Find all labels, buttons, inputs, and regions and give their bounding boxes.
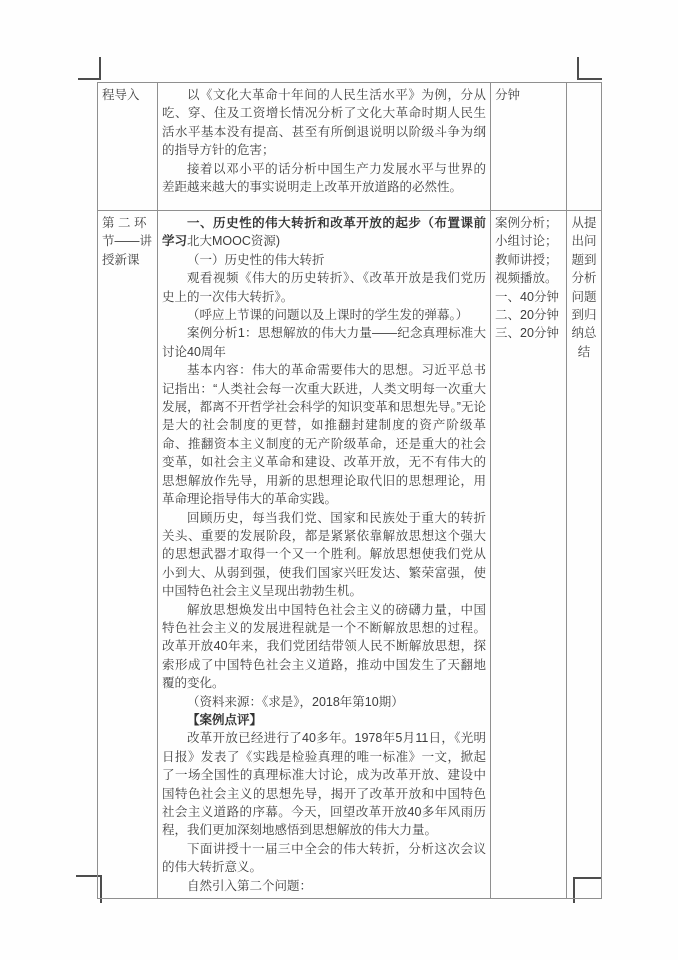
crop-mark-top-right bbox=[577, 57, 602, 80]
paragraph-text: 改革开放已经进行了40多年。1978年5月11日，《光明日报》发表了《实践是检验… bbox=[162, 731, 486, 837]
content-paragraphs: 一、历史性的伟大转折和改革开放的起步（布置课前学习北大MOOC资源)（一）历史性… bbox=[162, 214, 486, 895]
paragraph: 回顾历史，每当我们党、国家和民族处于重大的转折关头、重要的发展阶段，都是紧紧依靠… bbox=[162, 509, 486, 601]
paragraph-text: （资料来源：《求是》，2018年第10期） bbox=[187, 695, 404, 709]
paragraph-text: 自然引入第二个问题： bbox=[187, 879, 312, 893]
table-row-new-lesson: 第 二 环 节——讲 授新课 一、历史性的伟大转折和改革开放的起步（布置课前学习… bbox=[98, 211, 602, 899]
paragraph: （呼应上节课的问题以及上课时的学生发的弹幕。） bbox=[162, 306, 486, 324]
table-row-lead-in: 程导入 以《文化大革命十年间的人民生活水平》为例，分从吃、穿、住及工资增长情况分… bbox=[98, 83, 602, 211]
paragraph: 接着以邓小平的话分析中国生产力发展水平与世界的差距越来越大的事实说明走上改革开放… bbox=[162, 160, 486, 197]
paragraph-text: 案例分析1：思想解放的伟大力量——纪念真理标准大讨论40周年 bbox=[162, 326, 486, 358]
logic-cell: 从提出问题到分析问题到归纳总结 bbox=[567, 211, 602, 899]
stage-cell: 第 二 环 节——讲 授新课 bbox=[98, 211, 158, 899]
paragraph-text: 基本内容：伟大的革命需要伟大的思想。习近平总书记指出：“人类社会每一次重大跃进，… bbox=[162, 363, 486, 506]
paragraph-text: 以《文化大革命十年间的人民生活水平》为例，分从吃、穿、住及工资增长情况分析了文化… bbox=[162, 88, 486, 157]
paragraph-text: 北大MOOC资源) bbox=[187, 234, 280, 248]
logic-cell bbox=[567, 83, 602, 211]
paragraph-bold-text: 【案例点评】 bbox=[187, 713, 262, 727]
content-paragraphs: 以《文化大革命十年间的人民生活水平》为例，分从吃、穿、住及工资增长情况分析了文化… bbox=[162, 86, 486, 196]
paragraph: （资料来源：《求是》，2018年第10期） bbox=[162, 693, 486, 711]
paragraph-text: 观看视频《伟大的历史转折》、《改革开放是我们党历史上的一次伟大转折》。 bbox=[162, 271, 486, 303]
paragraph: 【案例点评】 bbox=[162, 711, 486, 729]
methods-time-cell: 案例分析； 小组讨论； 教师讲授； 视频播放。 一、40分钟 二、20分钟 三、… bbox=[491, 211, 567, 899]
crop-mark-top-left bbox=[78, 57, 101, 80]
paragraph: 改革开放已经进行了40多年。1978年5月11日，《光明日报》发表了《实践是检验… bbox=[162, 729, 486, 839]
paragraph-text: 解放思想焕发出中国特色社会主义的磅礴力量，中国特色社会主义的发展进程就是一个不断… bbox=[162, 603, 486, 691]
paragraph: 一、历史性的伟大转折和改革开放的起步（布置课前学习北大MOOC资源) bbox=[162, 214, 486, 251]
paragraph-text: （呼应上节课的问题以及上课时的学生发的弹幕。） bbox=[187, 308, 468, 322]
paragraph: 下面讲授十一届三中全会的伟大转折，分析这次会议的伟大转折意义。 bbox=[162, 840, 486, 877]
paragraph: 以《文化大革命十年间的人民生活水平》为例，分从吃、穿、住及工资增长情况分析了文化… bbox=[162, 86, 486, 160]
paragraph-text: 下面讲授十一届三中全会的伟大转折，分析这次会议的伟大转折意义。 bbox=[162, 842, 486, 874]
methods-time-cell: 分钟 bbox=[491, 83, 567, 211]
paragraph: 自然引入第二个问题： bbox=[162, 877, 486, 895]
paragraph-text: 回顾历史，每当我们党、国家和民族处于重大的转折关头、重要的发展阶段，都是紧紧依靠… bbox=[162, 511, 486, 599]
paragraph-text: （一）历史性的伟大转折 bbox=[187, 253, 325, 267]
content-cell: 以《文化大革命十年间的人民生活水平》为例，分从吃、穿、住及工资增长情况分析了文化… bbox=[158, 83, 491, 211]
paragraph: 案例分析1：思想解放的伟大力量——纪念真理标准大讨论40周年 bbox=[162, 324, 486, 361]
paragraph: （一）历史性的伟大转折 bbox=[162, 251, 486, 269]
document-page: 程导入 以《文化大革命十年间的人民生活水平》为例，分从吃、穿、住及工资增长情况分… bbox=[0, 0, 678, 960]
content-cell: 一、历史性的伟大转折和改革开放的起步（布置课前学习北大MOOC资源)（一）历史性… bbox=[158, 211, 491, 899]
paragraph-text: 接着以邓小平的话分析中国生产力发展水平与世界的差距越来越大的事实说明走上改革开放… bbox=[162, 162, 486, 194]
lesson-plan-table: 程导入 以《文化大革命十年间的人民生活水平》为例，分从吃、穿、住及工资增长情况分… bbox=[97, 82, 602, 899]
paragraph: 解放思想焕发出中国特色社会主义的磅礴力量，中国特色社会主义的发展进程就是一个不断… bbox=[162, 601, 486, 693]
paragraph: 观看视频《伟大的历史转折》、《改革开放是我们党历史上的一次伟大转折》。 bbox=[162, 269, 486, 306]
stage-cell: 程导入 bbox=[98, 83, 158, 211]
paragraph: 基本内容：伟大的革命需要伟大的思想。习近平总书记指出：“人类社会每一次重大跃进，… bbox=[162, 361, 486, 508]
